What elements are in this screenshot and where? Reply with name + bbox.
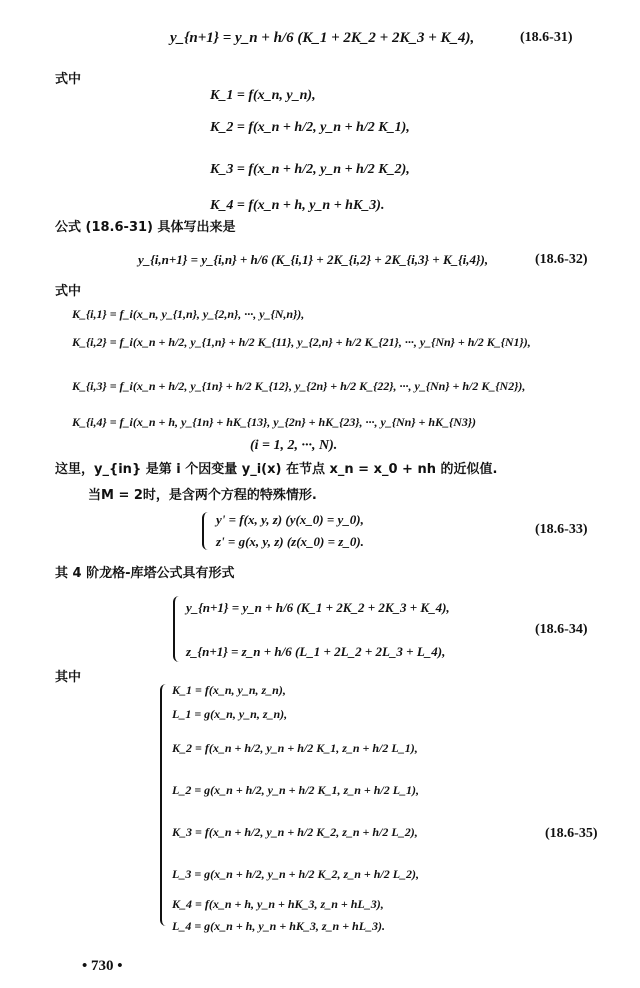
equation-35-line-6: L_3 = g(x_n + h/2, y_n + h/2 K_2, z_n + … — [172, 866, 419, 882]
label-where: 式中 — [55, 72, 81, 88]
equation-35-line-8: L_4 = g(x_n + h, y_n + hK_3, z_n + hL_3)… — [172, 918, 385, 934]
equation-34-line-1: y_{n+1} = y_n + h/6 (K_1 + 2K_2 + 2K_3 +… — [186, 600, 450, 616]
equation-35-line-3: K_2 = f(x_n + h/2, y_n + h/2 K_1, z_n + … — [172, 740, 418, 756]
equation-number-31: (18.6-31) — [520, 30, 573, 46]
equation-number-35: (18.6-35) — [545, 826, 598, 842]
equation-number-33: (18.6-33) — [535, 522, 588, 538]
equation-def-ki4: K_{i,4} = f_i(x_n + h, y_{1n} + hK_{13},… — [72, 414, 476, 430]
equation-def-k1: K_1 = f(x_n, y_n), — [210, 88, 316, 104]
page-number: • 730 • — [82, 958, 123, 974]
equation-35-line-4: L_2 = g(x_n + h/2, y_n + h/2 K_1, z_n + … — [172, 782, 419, 798]
left-brace — [202, 512, 210, 550]
equation-def-ki3: K_{i,3} = f_i(x_n + h/2, y_{1n} + h/2 K_… — [72, 378, 525, 394]
equation-33-line-2: z' = g(x, y, z) (z(x_0) = z_0). — [216, 534, 364, 550]
paragraph-expand: 公式 (18.6-31) 具体写出来是 — [55, 220, 236, 236]
equation-18-6-32: y_{i,n+1} = y_{i,n} + h/6 (K_{i,1} + 2K_… — [138, 252, 488, 268]
index-range: (i = 1, 2, ···, N). — [250, 438, 337, 454]
left-brace — [173, 596, 181, 662]
label-where: 式中 — [55, 284, 81, 300]
equation-def-k4: K_4 = f(x_n + h, y_n + hK_3). — [210, 198, 384, 214]
paragraph-m-equals-2: 当M = 2时，是含两个方程的特殊情形. — [88, 488, 317, 504]
equation-33-line-1: y' = f(x, y, z) (y(x_0) = y_0), — [216, 512, 364, 528]
equation-34-line-2: z_{n+1} = z_n + h/6 (L_1 + 2L_2 + 2L_3 +… — [186, 644, 445, 660]
equation-def-ki1: K_{i,1} = f_i(x_n, y_{1,n}, y_{2,n}, ···… — [72, 306, 304, 322]
equation-def-k3: K_3 = f(x_n + h/2, y_n + h/2 K_2), — [210, 162, 410, 178]
equation-35-line-5: K_3 = f(x_n + h/2, y_n + h/2 K_2, z_n + … — [172, 824, 418, 840]
equation-18-6-31: y_{n+1} = y_n + h/6 (K_1 + 2K_2 + 2K_3 +… — [170, 30, 474, 46]
equation-def-ki2: K_{i,2} = f_i(x_n + h/2, y_{1,n} + h/2 K… — [72, 334, 531, 350]
equation-def-k2: K_2 = f(x_n + h/2, y_n + h/2 K_1), — [210, 120, 410, 136]
paragraph-rk4: 其 4 阶龙格-库塔公式具有形式 — [55, 566, 235, 582]
equation-35-line-2: L_1 = g(x_n, y_n, z_n), — [172, 706, 287, 722]
equation-number-32: (18.6-32) — [535, 252, 588, 268]
label-where: 其中 — [55, 670, 81, 686]
equation-35-line-1: K_1 = f(x_n, y_n, z_n), — [172, 682, 286, 698]
paragraph-here: 这里，y_{in} 是第 i 个因变量 y_i(x) 在节点 x_n = x_0… — [55, 462, 497, 478]
equation-35-line-7: K_4 = f(x_n + h, y_n + hK_3, z_n + hL_3)… — [172, 896, 384, 912]
equation-number-34: (18.6-34) — [535, 622, 588, 638]
left-brace — [160, 684, 169, 926]
